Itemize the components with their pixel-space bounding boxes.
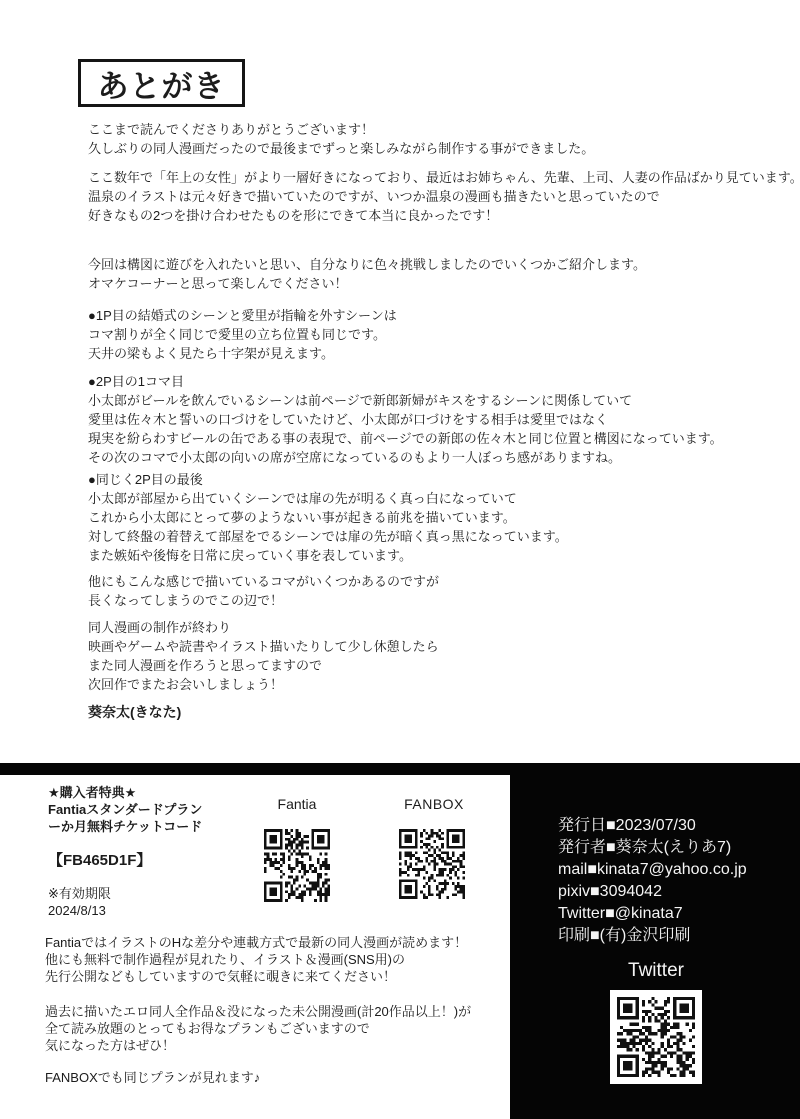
text-line: 今回は構図に遊びを入れたいと思い、自分なりに色々挑戦しましたのでいくつかご紹介し…: [88, 255, 646, 274]
text-line: 全て読み放題のとってもお得なプランもございますので: [45, 1020, 471, 1037]
text-line: ●同じく2P目の最後: [88, 470, 568, 489]
colophon-lines: 発行日■2023/07/30発行者■葵奈太(えりあ7)mail■kinata7@…: [558, 815, 747, 947]
twitter-qr-code-icon: [617, 997, 695, 1077]
text-line: オマケコーナーと思って楽しんでください！: [88, 274, 646, 293]
text-line: 小太郎が部屋から出ていくシーンでは扉の先が明るく真っ白になっていて: [88, 489, 568, 508]
text-line: ★購入者特典★: [48, 784, 202, 801]
purchase-bonus-panel: ★購入者特典★Fantiaスタンダードプランーか月無料チケットコード 【FB46…: [0, 775, 510, 1119]
text-line: ここまで読んでくださりありがとうございます！: [88, 120, 594, 139]
text-line: また嫉妬や後悔を日常に戻っていく事を表しています。: [88, 546, 568, 565]
paragraph-intro: 今回は構図に遊びを入れたいと思い、自分なりに色々挑戦しましたのでいくつかご紹介し…: [88, 255, 646, 293]
text-line: 温泉のイラストは元々好きで描いていたのですが、いつか温泉の漫画も描きたいと思って…: [88, 187, 800, 206]
text-line: 次回作でまたお会いしましょう！: [88, 675, 439, 694]
text-line: これから小太郎にとって夢のようないい事が起きる前兆を描いています。: [88, 508, 568, 527]
text-line: 対して終盤の着替えて部屋をでるシーンでは扉の先が暗く真っ黒になっています。: [88, 527, 568, 546]
text-line: 2024/8/13: [48, 902, 111, 919]
text-line: 久しぶりの同人漫画だったので最後までずっと楽しみながら制作する事ができました。: [88, 139, 594, 158]
text-line: ーか月無料チケットコード: [48, 818, 202, 835]
text-line: 他にもこんな感じで描いているコマがいくつかあるのですが: [88, 572, 439, 591]
fantia-promo-text: FantiaではイラストのHな差分や連載方式で最新の同人漫画が読めます！他にも無…: [45, 934, 467, 985]
paragraph-closing1: 他にもこんな感じで描いているコマがいくつかあるのですが長くなってしまうのでこの辺…: [88, 572, 439, 610]
page-title: あとがき: [98, 61, 226, 106]
twitter-qr-frame: [610, 990, 702, 1084]
paragraph-point1: ●1P目の結婚式のシーンと愛里が指輪を外すシーンはコマ割りが全く同じで愛里の立ち…: [88, 306, 397, 363]
ticket-code: 【FB465D1F】: [48, 849, 151, 870]
text-line: 小太郎がビールを飲んでいるシーンは前ページで新郎新婦がキスをするシーンに関係して…: [88, 391, 723, 410]
text-line: 天井の梁もよく見たら十字架が見えます。: [88, 344, 397, 363]
text-line: 映画やゲームや読書やイラスト描いたりして少し休憩したら: [88, 637, 439, 656]
plan-promo-text: 過去に描いたエロ同人全作品＆没になった未公開漫画(計20作品以上！)が全て読み放…: [45, 1003, 471, 1054]
text-line: FANBOXでも同じプランが見れます♪: [45, 1069, 260, 1086]
text-line: 現実を紛らわすビールの缶である事の表現で、前ページでの新郎の佐々木と同じ位置と構…: [88, 429, 723, 448]
text-line: その次のコマで小太郎の向いの席が空席になっているのもより一人ぼっち感がありますね…: [88, 448, 723, 467]
twitter-label: Twitter: [610, 960, 702, 982]
paragraph-closing2: 同人漫画の制作が終わり映画やゲームや読書やイラスト描いたりして少し休憩したらまた…: [88, 618, 439, 694]
fanbox-label: FANBOX: [399, 796, 469, 812]
expiry-date: ※有効期限2024/8/13: [48, 885, 111, 919]
paragraph-point3: ●同じく2P目の最後小太郎が部屋から出ていくシーンでは扉の先が明るく真っ白になっ…: [88, 470, 568, 565]
text-line: ここ数年で「年上の女性」がより一層好きになっており、最近はお姉ちゃん、先輩、上司…: [88, 168, 800, 187]
text-line: 長くなってしまうのでこの辺で！: [88, 591, 439, 610]
text-line: FantiaではイラストのHな差分や連載方式で最新の同人漫画が読めます！: [45, 934, 467, 951]
text-line: 同人漫画の制作が終わり: [88, 618, 439, 637]
text-line: mail■kinata7@yahoo.co.jp: [558, 859, 747, 881]
paragraph-thanks: ここまで読んでくださりありがとうございます！久しぶりの同人漫画だったので最後まで…: [88, 120, 594, 158]
text-line: 他にも無料で制作過程が見れたり、イラスト＆漫画(SNS用)の: [45, 951, 467, 968]
text-line: pixiv■3094042: [558, 881, 747, 903]
text-line: ●1P目の結婚式のシーンと愛里が指輪を外すシーンは: [88, 306, 397, 325]
paragraph-point2: ●2P目の1コマ目小太郎がビールを飲んでいるシーンは前ページで新郎新婦がキスをす…: [88, 372, 723, 467]
fanbox-note-text: FANBOXでも同じプランが見れます♪: [45, 1069, 260, 1086]
afterword-page: あとがき ここまで読んでくださりありがとうございます！久しぶりの同人漫画だったの…: [0, 0, 800, 1119]
text-line: 愛里は佐々木と誓いの口づけをしていたけど、小太郎が口づけをする相手は愛里ではなく: [88, 410, 723, 429]
text-line: 好きなもの2つを掛け合わせたものを形にできて本当に良かったです！: [88, 206, 800, 225]
text-line: Fantiaスタンダードプラン: [48, 801, 202, 818]
text-line: 発行者■葵奈太(えりあ7): [558, 837, 747, 859]
text-line: 気になった方はぜひ！: [45, 1037, 471, 1054]
text-line: 発行日■2023/07/30: [558, 815, 747, 837]
text-line: コマ割りが全く同じで愛里の立ち位置も同じです。: [88, 325, 397, 344]
paragraph-likes: ここ数年で「年上の女性」がより一層好きになっており、最近はお姉ちゃん、先輩、上司…: [88, 168, 800, 225]
text-line: Twitter■@kinata7: [558, 903, 747, 925]
author-signature: 葵奈太(きなた): [88, 702, 181, 722]
text-line: 先行公開などもしていますので気軽に覗きに来てください！: [45, 968, 467, 985]
fantia-label: Fantia: [264, 796, 330, 812]
text-line: また同人漫画を作ろうと思ってますので: [88, 656, 439, 675]
fantia-qr-code-icon: [264, 829, 330, 902]
text-line: 過去に描いたエロ同人全作品＆没になった未公開漫画(計20作品以上！)が: [45, 1003, 471, 1020]
fanbox-qr-code-icon: [399, 829, 465, 899]
afterword-title-box: あとがき: [78, 59, 245, 107]
text-line: 印刷■(有)金沢印刷: [558, 925, 747, 947]
text-line: ※有効期限: [48, 885, 111, 902]
text-line: ●2P目の1コマ目: [88, 372, 723, 391]
bonus-title: ★購入者特典★Fantiaスタンダードプランーか月無料チケットコード: [48, 784, 202, 835]
